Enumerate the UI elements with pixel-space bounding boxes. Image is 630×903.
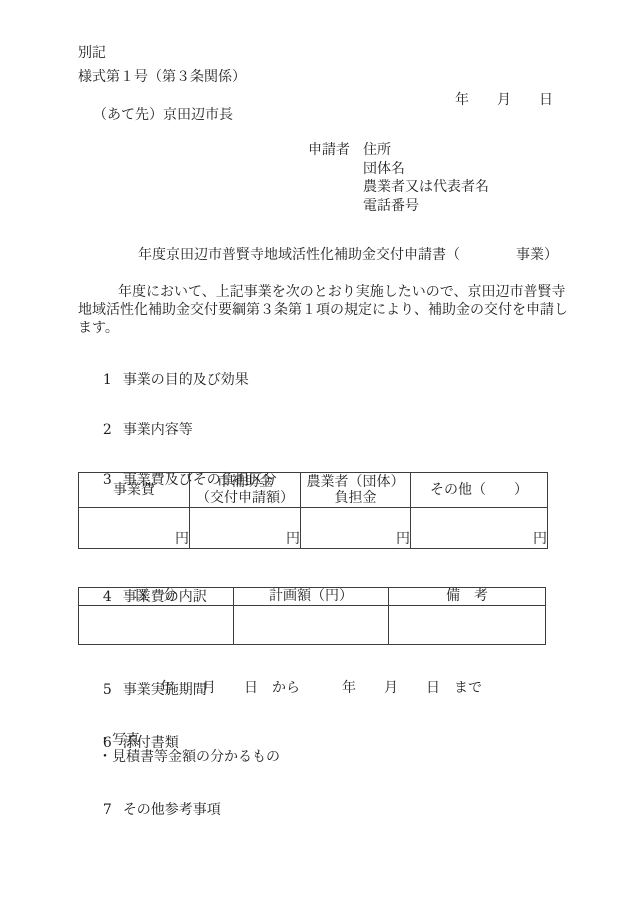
- budget-header-city-subsidy: 市補助金 （交付申請額）: [190, 473, 301, 508]
- section-2-label: 事業内容等: [123, 422, 193, 438]
- breakdown-table-empty-row: [79, 605, 546, 644]
- document-title: 年度京田辺市普賢寺地域活性化補助金交付申請書（ 事業）: [138, 248, 558, 263]
- applicant-field-address: 住所: [363, 141, 489, 160]
- period-range-line: 年 月 日 から 年 月 日 まで: [160, 681, 482, 696]
- section-7-label: その他参考事項: [123, 802, 221, 818]
- budget-header-farmer-burden: 農業者（団体） 負担金: [301, 473, 411, 508]
- breakdown-empty-planned-amount: [234, 605, 389, 644]
- breakdown-header-category: 区 分: [79, 588, 234, 606]
- application-form-page: 別記 様式第１号（第３条関係） 年 月 日 （あて先）京田辺市長 申請者 住所 …: [0, 0, 630, 903]
- breakdown-empty-remarks: [389, 605, 546, 644]
- breakdown-table-header-row: 区 分 計画額（円） 備 考: [79, 588, 546, 606]
- section-2-heading: 2事業内容等: [85, 403, 193, 455]
- budget-amount-farmer-burden: 円: [301, 508, 411, 549]
- budget-amount-project-cost: 円: [79, 508, 190, 549]
- addressee-line: （あて先）京田辺市長: [93, 108, 233, 123]
- breakdown-header-planned-amount: 計画額（円）: [234, 588, 389, 606]
- section-7-number: 7: [103, 802, 123, 818]
- date-blank-line: 年 月 日: [455, 93, 553, 108]
- intro-line-1: 年度において、上記事業を次のとおり実施したいので、京田辺市普賢寺: [118, 285, 565, 300]
- breakdown-header-remarks: 備 考: [389, 588, 546, 606]
- intro-line-3: ます。: [78, 321, 119, 336]
- applicant-field-phone: 電話番号: [363, 197, 489, 216]
- section-5-number: 5: [103, 682, 123, 698]
- breakdown-table: 区 分 計画額（円） 備 考: [78, 587, 546, 645]
- section-2-number: 2: [103, 422, 123, 438]
- applicant-label: 申請者: [308, 141, 350, 215]
- budget-header-project-cost: 事業費: [79, 473, 190, 508]
- applicant-block: 申請者 住所 団体名 農業者又は代表者名 電話番号: [308, 141, 489, 215]
- budget-amount-city-subsidy: 円: [190, 508, 301, 549]
- applicant-field-org-name: 団体名: [363, 160, 489, 179]
- budget-table-header-row: 事業費 市補助金 （交付申請額） 農業者（団体） 負担金 その他（ ）: [79, 473, 548, 508]
- attachment-item-photo: ・写真: [98, 733, 140, 748]
- breakdown-empty-category: [79, 605, 234, 644]
- applicant-field-farmer-or-rep: 農業者又は代表者名: [363, 178, 489, 197]
- section-7-heading: 7その他参考事項: [85, 783, 221, 835]
- budget-table-amount-row: 円 円 円 円: [79, 508, 548, 549]
- budget-table: 事業費 市補助金 （交付申請額） 農業者（団体） 負担金 その他（ ） 円 円 …: [78, 472, 548, 549]
- applicant-fields: 住所 団体名 農業者又は代表者名 電話番号: [363, 141, 489, 215]
- section-1-heading: 1事業の目的及び効果: [85, 353, 249, 405]
- budget-header-other: その他（ ）: [411, 473, 548, 508]
- attachment-item-estimate: ・見積書等金額の分かるもの: [98, 750, 280, 765]
- budget-amount-other: 円: [411, 508, 548, 549]
- section-1-number: 1: [103, 372, 123, 388]
- form-number-line: 様式第１号（第３条関係）: [78, 70, 246, 85]
- note-label: 別記: [78, 46, 106, 61]
- intro-line-2: 地域活性化補助金交付要綱第３条第１項の規定により、補助金の交付を申請し: [78, 303, 568, 318]
- section-1-label: 事業の目的及び効果: [123, 372, 249, 388]
